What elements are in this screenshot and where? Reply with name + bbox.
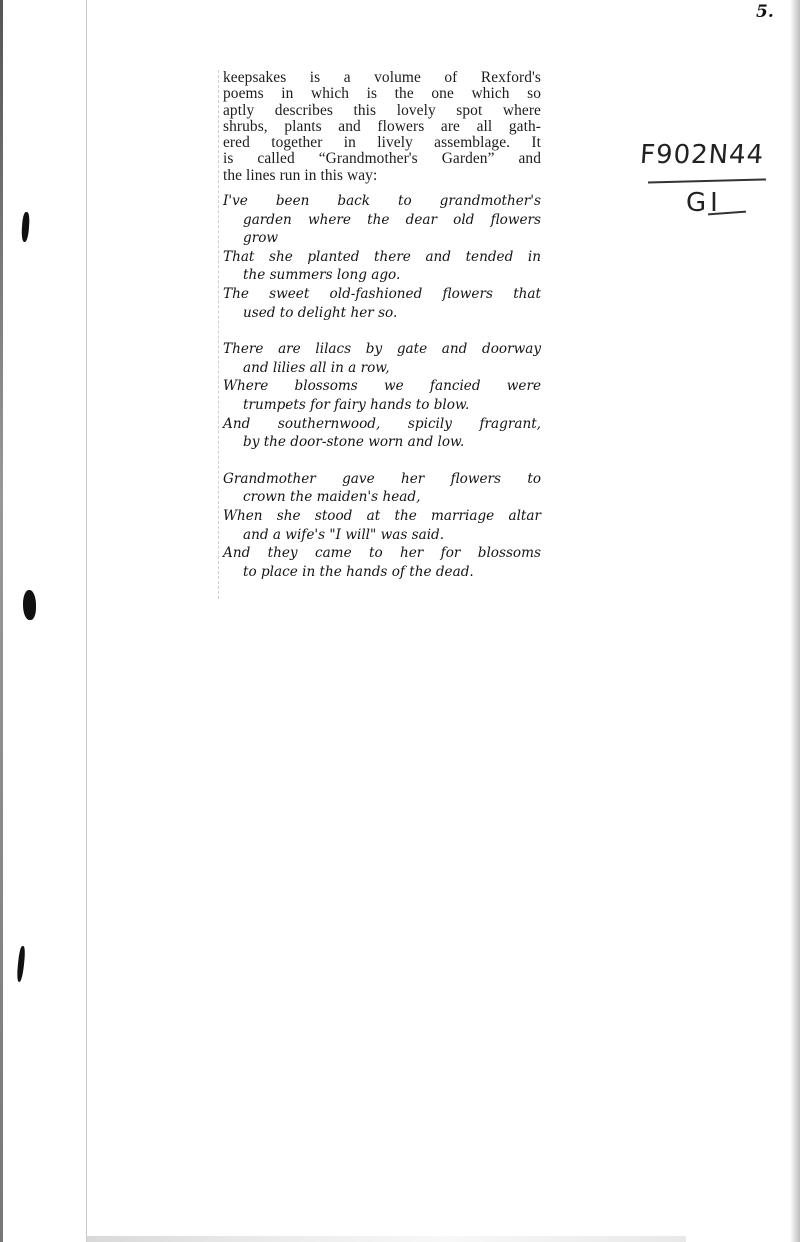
poem-line: trumpets for fairy hands to blow.	[223, 396, 541, 415]
poem-line: And they came to her for blossoms	[223, 544, 541, 563]
prose-line: is called “Grandmother's Garden” and	[223, 151, 541, 167]
poem-line: Where blossoms we fancied were	[223, 377, 541, 396]
prose-line: poems in which is the one which so	[223, 86, 541, 102]
binding-hole-mark	[21, 212, 30, 242]
poem-line: That she planted there and tended in	[223, 248, 541, 267]
poem-line: crown the maiden's head,	[223, 488, 541, 507]
poem-line: by the door-stone worn and low.	[223, 433, 541, 452]
poem-stanza: Grandmother gave her flowers tocrown the…	[223, 470, 541, 582]
poem-line: to place in the hands of the dead.	[223, 563, 541, 582]
prose-line: shrubs, plants and flowers are all gath-	[223, 119, 541, 135]
poem-line: I've been back to grandmother's	[223, 192, 541, 211]
poem-line: garden where the dear old flowers	[223, 211, 541, 230]
call-number-underline	[648, 178, 766, 183]
poem-line: There are lilacs by gate and doorway	[223, 340, 541, 359]
poem-line: and lilies all in a row,	[223, 359, 541, 378]
poem-line: and a wife's "I will" was said.	[223, 526, 541, 545]
binding-hole-mark	[16, 946, 26, 982]
poem-line: grow	[223, 229, 541, 248]
binding-hole-mark	[23, 590, 36, 620]
handwritten-call-number: F902N44	[639, 140, 765, 170]
page-number: 5.	[756, 2, 774, 22]
poem-line: When she stood at the marriage altar	[223, 507, 541, 526]
poem-line: the summers long ago.	[223, 266, 541, 285]
poem-stanza: There are lilacs by gate and doorwayand …	[223, 340, 541, 452]
poem-line: Grandmother gave her flowers to	[223, 470, 541, 489]
prose-line: ered together in lively assemblage. It	[223, 135, 541, 151]
scan-right-edge	[790, 0, 800, 1242]
poem-line: The sweet old-fashioned flowers that	[223, 285, 541, 304]
poem: I've been back to grandmother'sgarden wh…	[223, 192, 541, 581]
intro-paragraph: keepsakes is a volume of Rexford'spoems …	[223, 70, 541, 184]
scan-bottom-edge	[86, 1236, 686, 1242]
poem-line: used to delight her so.	[223, 304, 541, 323]
poem-stanza: I've been back to grandmother'sgarden wh…	[223, 192, 541, 322]
page-fold-line	[86, 0, 87, 1242]
prose-line: keepsakes is a volume of Rexford's	[223, 70, 541, 86]
poem-line: And southernwood, spicily fragrant,	[223, 415, 541, 434]
prose-line: aptly describes this lovely spot where	[223, 103, 541, 119]
scan-left-edge	[0, 0, 3, 1242]
newspaper-clipping: keepsakes is a volume of Rexford'spoems …	[218, 70, 541, 599]
prose-line: the lines run in this way:	[223, 168, 541, 184]
